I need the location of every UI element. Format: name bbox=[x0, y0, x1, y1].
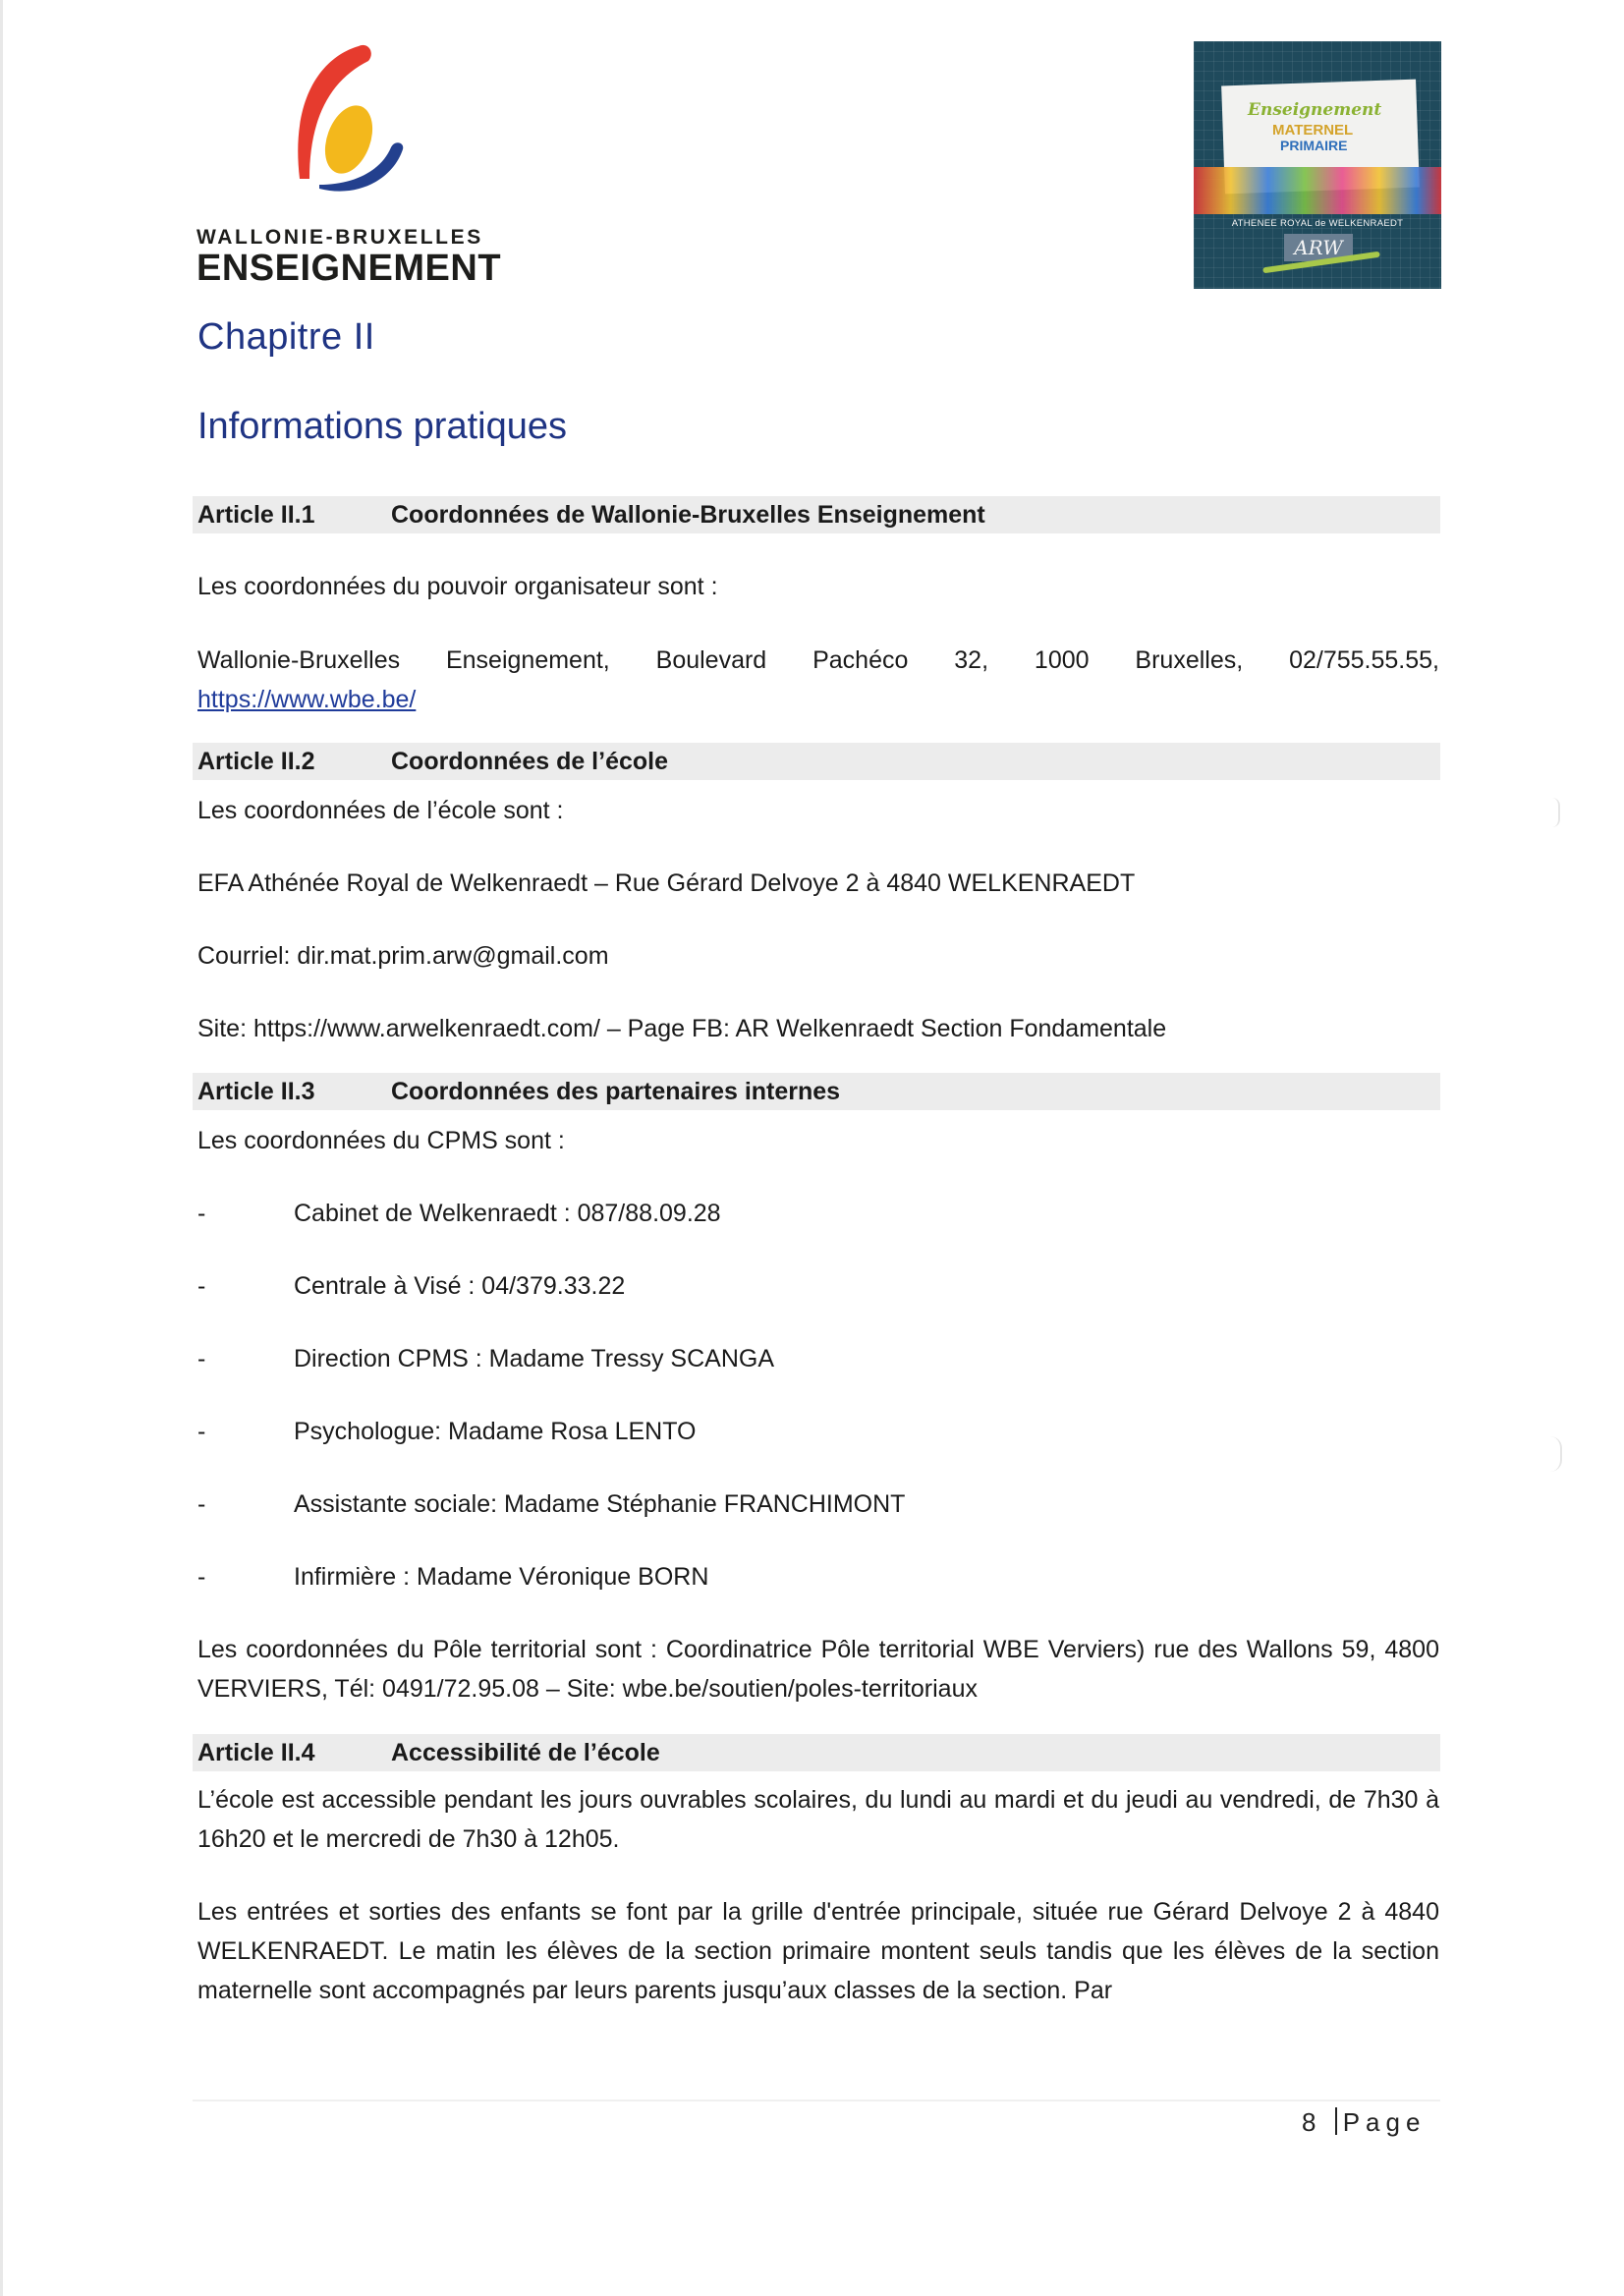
wbe-logo-line1: WALLONIE-BRUXELLES bbox=[196, 226, 483, 250]
paragraph: Les coordonnées du pouvoir organisateur … bbox=[197, 573, 718, 601]
article-title: Coordonnées de l’école bbox=[391, 748, 668, 776]
article-title: Coordonnées des partenaires internes bbox=[391, 1078, 840, 1106]
chapter-heading: Chapitre II bbox=[197, 316, 375, 359]
wbe-logo: WALLONIE-BRUXELLES ENSEIGNEMENT bbox=[196, 41, 481, 287]
accessibility-paragraph: L’école est accessible pendant les jours… bbox=[197, 1780, 1439, 1859]
page-separator bbox=[1335, 2107, 1337, 2135]
wbe-logo-line2: ENSEIGNEMENT bbox=[196, 248, 501, 290]
wbe-link[interactable]: https://www.wbe.be/ bbox=[197, 686, 416, 713]
article-heading-4: Article II.4 Accessibilité de l’école bbox=[193, 1734, 1440, 1771]
wbe-logo-mark-icon bbox=[265, 41, 413, 208]
bullet-marker: - bbox=[197, 1345, 205, 1373]
list-item: Psychologue: Madame Rosa LENTO bbox=[294, 1418, 696, 1446]
page-number-value: 8 bbox=[1302, 2107, 1321, 2137]
bullet-marker: - bbox=[197, 1200, 205, 1228]
bullet-marker: - bbox=[197, 1272, 205, 1301]
school-logo-title: Enseignement bbox=[1248, 100, 1381, 120]
school-site: Site: https://www.arwelkenraedt.com/ – P… bbox=[197, 1015, 1166, 1043]
bullet-marker: - bbox=[197, 1490, 205, 1519]
article-number: Article II.2 bbox=[193, 748, 391, 776]
article-number: Article II.3 bbox=[193, 1078, 391, 1106]
article-heading-1: Article II.1 Coordonnées de Wallonie-Bru… bbox=[193, 496, 1440, 533]
page-edge bbox=[0, 0, 3, 2296]
article-title: Accessibilité de l’école bbox=[391, 1739, 660, 1767]
article-title: Coordonnées de Wallonie-Bruxelles Enseig… bbox=[391, 501, 985, 530]
school-email: Courriel: dir.mat.prim.arw@gmail.com bbox=[197, 942, 609, 971]
list-item: Assistante sociale: Madame Stéphanie FRA… bbox=[294, 1490, 905, 1519]
list-item: Direction CPMS : Madame Tressy SCANGA bbox=[294, 1345, 774, 1373]
address-text: Wallonie-Bruxelles Enseignement, Bouleva… bbox=[197, 641, 1439, 680]
scan-mark bbox=[1550, 1436, 1562, 1472]
bullet-marker: - bbox=[197, 1563, 205, 1592]
school-logo-line3: PRIMAIRE bbox=[1280, 138, 1347, 153]
school-logo: Enseignement MATERNEL PRIMAIRE ATHENEE R… bbox=[1194, 41, 1441, 289]
paragraph: Les coordonnées de l’école sont : bbox=[197, 797, 563, 825]
footer-divider bbox=[193, 2100, 1440, 2101]
school-logo-line2: MATERNEL bbox=[1272, 122, 1353, 139]
list-item: Centrale à Visé : 04/379.33.22 bbox=[294, 1272, 625, 1301]
paragraph-address: Wallonie-Bruxelles Enseignement, Bouleva… bbox=[197, 641, 1439, 719]
paragraph: Les coordonnées du CPMS sont : bbox=[197, 1127, 565, 1155]
page-label: Page bbox=[1343, 2107, 1427, 2137]
pole-territorial-paragraph: Les coordonnées du Pôle territorial sont… bbox=[197, 1630, 1439, 1708]
school-logo-illustration bbox=[1194, 167, 1441, 214]
list-item: Infirmière : Madame Véronique BORN bbox=[294, 1563, 708, 1592]
entrance-paragraph: Les entrées et sorties des enfants se fo… bbox=[197, 1892, 1439, 2010]
section-title: Informations pratiques bbox=[197, 406, 567, 448]
bullet-marker: - bbox=[197, 1418, 205, 1446]
article-heading-3: Article II.3 Coordonnées des partenaires… bbox=[193, 1073, 1440, 1110]
page-number: 8 Page bbox=[1302, 2107, 1426, 2138]
school-address: EFA Athénée Royal de Welkenraedt – Rue G… bbox=[197, 869, 1135, 898]
list-item: Cabinet de Welkenraedt : 087/88.09.28 bbox=[294, 1200, 721, 1228]
article-number: Article II.1 bbox=[193, 501, 391, 530]
school-logo-name: ATHENEE ROYAL de WELKENRAEDT bbox=[1194, 218, 1441, 229]
scan-mark bbox=[1552, 798, 1560, 827]
article-heading-2: Article II.2 Coordonnées de l’école bbox=[193, 743, 1440, 780]
article-number: Article II.4 bbox=[193, 1739, 391, 1767]
